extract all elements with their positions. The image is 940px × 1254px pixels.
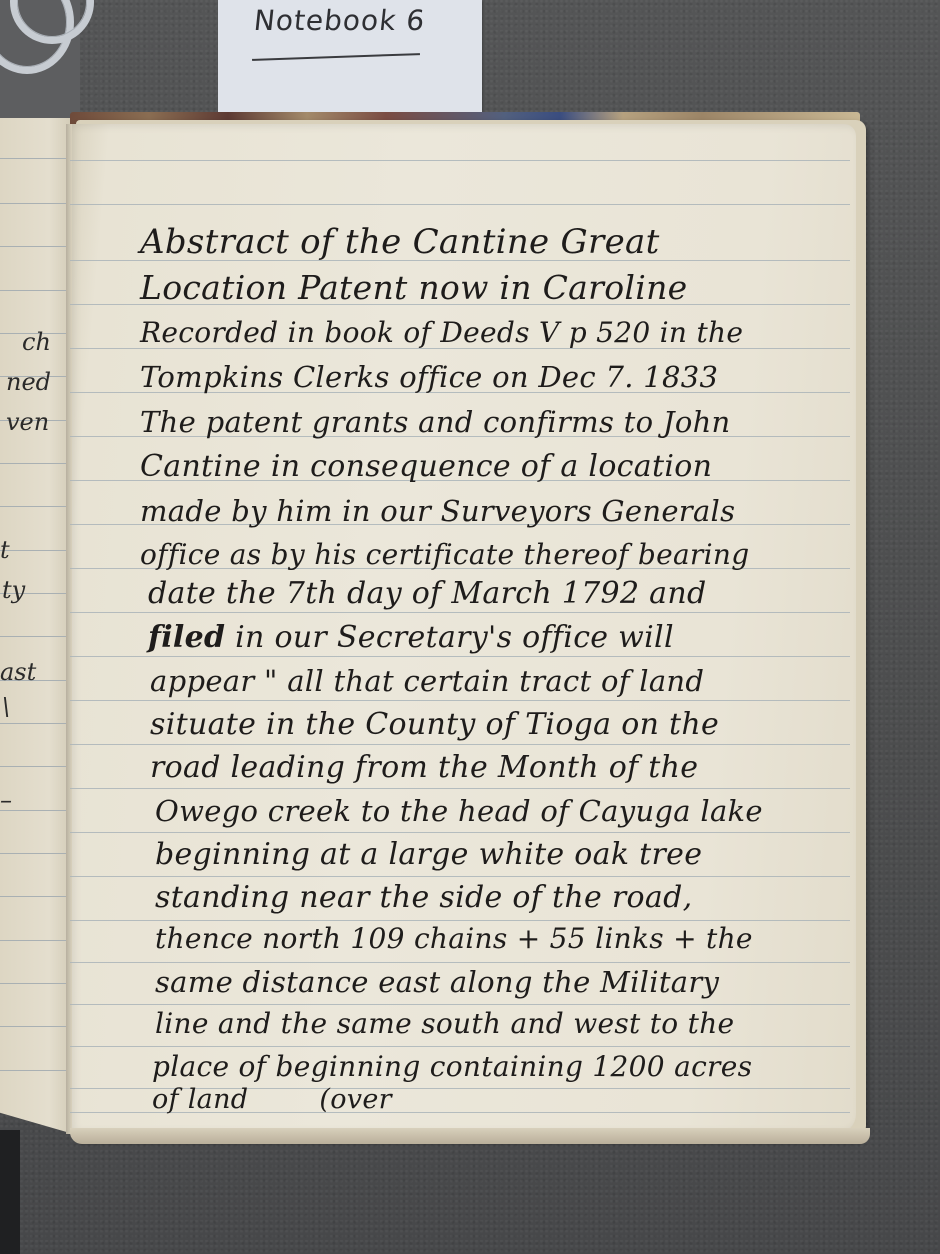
emphasized-word: filed — [148, 620, 225, 655]
rule-line — [70, 204, 850, 205]
rule-line — [0, 290, 70, 291]
rule-line — [0, 463, 70, 464]
rule-line — [0, 158, 70, 159]
left-page-fragment: ven — [6, 408, 49, 436]
rule-line — [0, 853, 70, 854]
handwritten-line: Tompkins Clerks office on Dec 7. 1833 — [140, 360, 718, 394]
handwritten-line: road leading from the Month of the — [150, 750, 698, 785]
rule-line — [70, 700, 850, 701]
rule-line — [0, 203, 70, 204]
handwritten-line: line and the same south and west to the — [155, 1007, 734, 1040]
handwritten-line: The patent grants and confirms to John — [140, 405, 731, 439]
left-page-fragment: t — [0, 536, 10, 564]
left-page-fragment: ned — [6, 368, 51, 396]
rule-line — [70, 160, 850, 161]
handwritten-line: made by him in our Surveyors Generals — [140, 494, 735, 528]
page-stack-bottom-edge — [70, 1128, 870, 1144]
page-gutter — [66, 124, 72, 1134]
handwritten-line: appear " all that certain tract of land — [150, 664, 704, 698]
rule-line — [70, 876, 850, 877]
handwritten-line: Cantine in consequence of a location — [140, 449, 712, 484]
handwritten-line: thence north 109 chains + 55 links + the — [155, 922, 753, 955]
rule-line — [0, 1026, 70, 1027]
handwritten-line: Recorded in book of Deeds V p 520 in the — [140, 316, 743, 349]
left-page-fragment: ast — [0, 658, 36, 686]
rule-line — [70, 832, 850, 833]
handwritten-line: situate in the County of Tioga on the — [150, 707, 719, 742]
rule-line — [70, 612, 850, 613]
rule-line — [70, 920, 850, 921]
rule-line — [0, 1070, 70, 1071]
handwritten-line: office as by his certificate thereof bea… — [140, 538, 749, 571]
book-spine-shadow — [0, 1130, 20, 1254]
handwritten-line-over: of land (over — [152, 1084, 392, 1115]
handwritten-line: place of beginning containing 1200 acres — [152, 1050, 752, 1083]
rule-line — [0, 896, 70, 897]
label-underline — [252, 53, 420, 61]
rule-line — [0, 246, 70, 247]
rule-line — [0, 636, 70, 637]
rule-line — [0, 723, 70, 724]
rule-line — [70, 656, 850, 657]
rule-line — [70, 744, 850, 745]
handwritten-line: beginning at a large white oak tree — [155, 837, 702, 872]
rule-line — [70, 1004, 850, 1005]
handwritten-line: date the 7th day of March 1792 and — [148, 576, 706, 611]
rule-line — [70, 788, 850, 789]
rule-line — [0, 940, 70, 941]
left-page-fragment: ch — [22, 328, 51, 356]
rule-line — [0, 506, 70, 507]
notebook-label-text: Notebook 6 — [252, 4, 427, 37]
handwritten-title-line: Location Patent now in Caroline — [140, 268, 687, 307]
handwritten-line-filed: filed in our Secretary's office will — [148, 620, 674, 655]
rule-line — [0, 766, 70, 767]
rule-line — [0, 983, 70, 984]
rule-line — [0, 550, 70, 551]
left-page: ch ned ven t ty ast \ – — [0, 118, 70, 1133]
left-page-fragment: \ — [2, 693, 10, 721]
handwritten-line: same distance east along the Military — [155, 965, 719, 999]
notebook-label-slip: Notebook 6 — [218, 0, 482, 120]
left-page-fragment: – — [0, 786, 12, 814]
handwritten-line: standing near the side of the road, — [155, 880, 692, 915]
rule-line — [70, 962, 850, 963]
handwritten-line: Owego creek to the head of Cayuga lake — [155, 794, 763, 828]
rule-line — [70, 1046, 850, 1047]
left-page-fragment: ty — [2, 576, 25, 604]
handwritten-title-line: Abstract of the Cantine Great — [140, 222, 660, 262]
